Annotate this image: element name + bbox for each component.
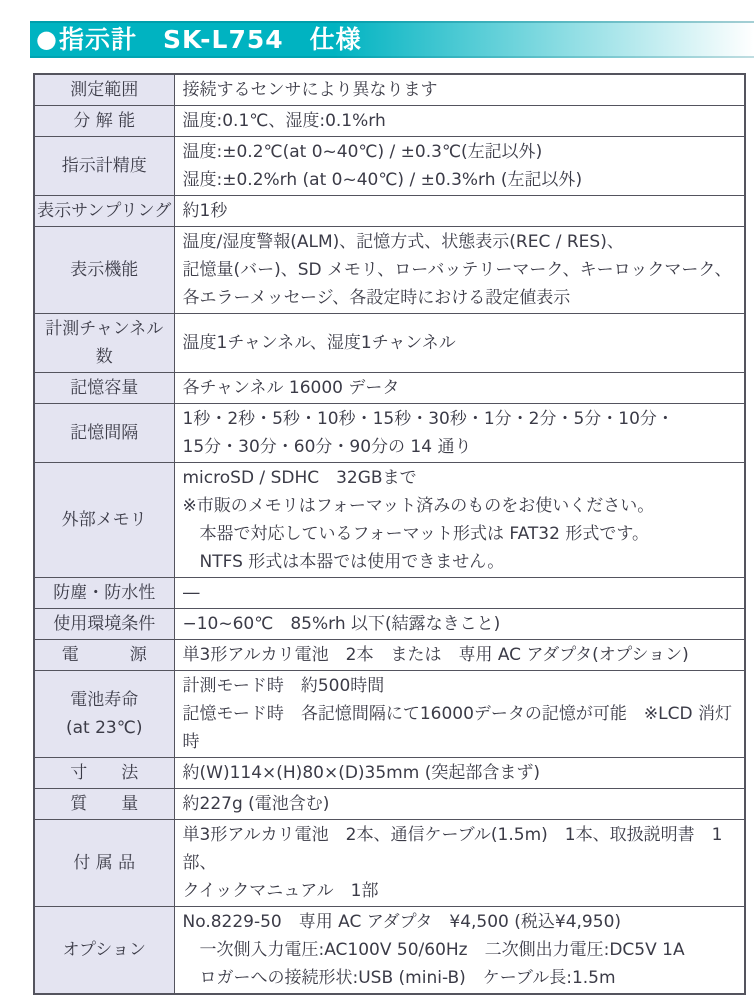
spec-value: 計測モード時 約500時間記憶モード時 各記憶間隔にて16000データの記憶が可… bbox=[174, 671, 745, 758]
spec-label-line: 防塵・防水性 bbox=[37, 579, 172, 607]
spec-value-line: −10~60℃ 85%rh 以下(結露なきこと) bbox=[183, 610, 737, 638]
spec-label-line: 計測チャンネル数 bbox=[37, 315, 172, 371]
spec-label: 使用環境条件 bbox=[34, 609, 174, 640]
spec-value-line: 各チャンネル 16000 データ bbox=[183, 374, 737, 402]
spec-value: 温度1チャンネル、湿度1チャンネル bbox=[174, 314, 745, 373]
spec-value: No.8229-50 専用 AC アダプタ ¥4,500 (税込¥4,950) … bbox=[174, 907, 745, 995]
spec-value: 温度:0.1℃、湿度:0.1%rh bbox=[174, 106, 745, 137]
spec-value: 単3形アルカリ電池 2本 または 専用 AC アダプタ(オプション) bbox=[174, 640, 745, 671]
table-row: 計測チャンネル数 温度1チャンネル、湿度1チャンネル bbox=[34, 314, 745, 373]
spec-label: 電池寿命(at 23℃) bbox=[34, 671, 174, 758]
spec-label: 表示サンプリング bbox=[34, 196, 174, 227]
spec-label: 電 源 bbox=[34, 640, 174, 671]
table-row: 電池寿命(at 23℃) 計測モード時 約500時間記憶モード時 各記憶間隔にて… bbox=[34, 671, 745, 758]
spec-value-line: 温度/湿度警報(ALM)、記憶方式、状態表示(REC / RES)、 bbox=[183, 228, 737, 256]
page-title: ● 指示計 SK-L754 仕様 bbox=[30, 21, 754, 58]
table-row: オプション No.8229-50 専用 AC アダプタ ¥4,500 (税込¥4… bbox=[34, 907, 745, 995]
spec-label-line: (at 23℃) bbox=[37, 714, 172, 742]
spec-table-body: 測定範囲 接続するセンサにより異なります 分 解 能 温度:0.1℃、湿度:0.… bbox=[34, 74, 745, 994]
spec-value-line: 温度:±0.2℃(at 0~40℃) / ±0.3℃(左記以外) bbox=[183, 138, 737, 166]
table-row: 外部メモリ microSD / SDHC 32GBまで※市販のメモリはフォーマッ… bbox=[34, 463, 745, 578]
table-row: 表示機能 温度/湿度警報(ALM)、記憶方式、状態表示(REC / RES)、記… bbox=[34, 227, 745, 314]
spec-value: −10~60℃ 85%rh 以下(結露なきこと) bbox=[174, 609, 745, 640]
spec-value-line: 記憶モード時 各記憶間隔にて16000データの記憶が可能 ※LCD 消灯時 bbox=[183, 700, 737, 756]
spec-label-line: 指示計精度 bbox=[37, 152, 172, 180]
table-row: 防塵・防水性 ― bbox=[34, 578, 745, 609]
spec-value: 接続するセンサにより異なります bbox=[174, 74, 745, 106]
spec-value-line: ロガーへの接続形状:USB (mini-B) ケーブル長:1.5m bbox=[183, 964, 737, 992]
table-row: 指示計精度 温度:±0.2℃(at 0~40℃) / ±0.3℃(左記以外)湿度… bbox=[34, 137, 745, 196]
spec-value: 約(W)114×(H)80×(D)35mm (突起部含まず) bbox=[174, 758, 745, 789]
spec-value-line: 1秒・2秒・5秒・10秒・15秒・30秒・1分・2分・5分・10分・ bbox=[183, 405, 737, 433]
spec-value-line: 本器で対応しているフォーマット形式は FAT32 形式です。 bbox=[183, 520, 737, 548]
spec-value: 温度:±0.2℃(at 0~40℃) / ±0.3℃(左記以外)湿度:±0.2%… bbox=[174, 137, 745, 196]
spec-value-line: 単3形アルカリ電池 2本 または 専用 AC アダプタ(オプション) bbox=[183, 641, 737, 669]
spec-table: 測定範囲 接続するセンサにより異なります 分 解 能 温度:0.1℃、湿度:0.… bbox=[33, 73, 746, 995]
table-row: 記憶間隔 1秒・2秒・5秒・10秒・15秒・30秒・1分・2分・5分・10分・1… bbox=[34, 404, 745, 463]
spec-value-line: NTFS 形式は本器では使用できません。 bbox=[183, 548, 737, 576]
spec-label: 記憶容量 bbox=[34, 373, 174, 404]
table-row: 表示サンプリング 約1秒 bbox=[34, 196, 745, 227]
spec-value-line: 接続するセンサにより異なります bbox=[183, 76, 737, 104]
spec-value-line: 温度:0.1℃、湿度:0.1%rh bbox=[183, 107, 737, 135]
spec-label: 測定範囲 bbox=[34, 74, 174, 106]
spec-label: 記憶間隔 bbox=[34, 404, 174, 463]
spec-label: 指示計精度 bbox=[34, 137, 174, 196]
table-row: 測定範囲 接続するセンサにより異なります bbox=[34, 74, 745, 106]
spec-label-line: 付 属 品 bbox=[37, 849, 172, 877]
spec-label-line: 記憶間隔 bbox=[37, 419, 172, 447]
spec-label-line: 外部メモリ bbox=[37, 506, 172, 534]
spec-label-line: 使用環境条件 bbox=[37, 610, 172, 638]
table-row: 使用環境条件 −10~60℃ 85%rh 以下(結露なきこと) bbox=[34, 609, 745, 640]
spec-label: 付 属 品 bbox=[34, 820, 174, 907]
spec-label-line: 表示サンプリング bbox=[37, 197, 172, 225]
spec-label-line: オプション bbox=[37, 936, 172, 964]
spec-value: 各チャンネル 16000 データ bbox=[174, 373, 745, 404]
spec-value-line: 約(W)114×(H)80×(D)35mm (突起部含まず) bbox=[183, 759, 737, 787]
spec-label: 計測チャンネル数 bbox=[34, 314, 174, 373]
spec-label-line: 質 量 bbox=[37, 790, 172, 818]
spec-label: 表示機能 bbox=[34, 227, 174, 314]
table-row: 電 源 単3形アルカリ電池 2本 または 専用 AC アダプタ(オプション) bbox=[34, 640, 745, 671]
spec-label: 外部メモリ bbox=[34, 463, 174, 578]
spec-value-line: 記憶量(バー)、SD メモリ、ローバッテリーマーク、キーロックマーク、 bbox=[183, 256, 737, 284]
spec-value: ― bbox=[174, 578, 745, 609]
spec-value-line: 湿度:±0.2%rh (at 0~40℃) / ±0.3%rh (左記以外) bbox=[183, 166, 737, 194]
table-row: 質 量 約227g (電池含む) bbox=[34, 789, 745, 820]
spec-value-line: ※市販のメモリはフォーマット済みのものをお使いください。 bbox=[183, 492, 737, 520]
title-bullet-icon: ● bbox=[36, 23, 57, 56]
spec-value: 約1秒 bbox=[174, 196, 745, 227]
spec-label-line: 表示機能 bbox=[37, 256, 172, 284]
spec-value-line: No.8229-50 専用 AC アダプタ ¥4,500 (税込¥4,950) bbox=[183, 908, 737, 936]
spec-value-line: 15分・30分・60分・90分の 14 通り bbox=[183, 433, 737, 461]
spec-value-line: 計測モード時 約500時間 bbox=[183, 672, 737, 700]
spec-value: 1秒・2秒・5秒・10秒・15秒・30秒・1分・2分・5分・10分・15分・30… bbox=[174, 404, 745, 463]
spec-value-line: 約227g (電池含む) bbox=[183, 790, 737, 818]
spec-value: microSD / SDHC 32GBまで※市販のメモリはフォーマット済みのもの… bbox=[174, 463, 745, 578]
spec-label-line: 分 解 能 bbox=[37, 107, 172, 135]
spec-value-line: 約1秒 bbox=[183, 197, 737, 225]
spec-label-line: 記憶容量 bbox=[37, 374, 172, 402]
page-title-text: 指示計 SK-L754 仕様 bbox=[59, 23, 362, 56]
spec-label: 防塵・防水性 bbox=[34, 578, 174, 609]
spec-value-line: クイックマニュアル 1部 bbox=[183, 877, 737, 905]
table-row: 記憶容量 各チャンネル 16000 データ bbox=[34, 373, 745, 404]
spec-label-line: 電池寿命 bbox=[37, 686, 172, 714]
spec-label: 質 量 bbox=[34, 789, 174, 820]
table-row: 寸 法 約(W)114×(H)80×(D)35mm (突起部含まず) bbox=[34, 758, 745, 789]
spec-label-line: 電 源 bbox=[37, 641, 172, 669]
spec-value-line: ― bbox=[183, 579, 737, 607]
spec-value-line: 各エラーメッセージ、各設定時における設定値表示 bbox=[183, 284, 737, 312]
spec-value: 温度/湿度警報(ALM)、記憶方式、状態表示(REC / RES)、記憶量(バー… bbox=[174, 227, 745, 314]
spec-value-line: 一次側入力電圧:AC100V 50/60Hz 二次側出力電圧:DC5V 1A bbox=[183, 936, 737, 964]
spec-value-line: microSD / SDHC 32GBまで bbox=[183, 464, 737, 492]
spec-label: オプション bbox=[34, 907, 174, 995]
spec-value-line: 温度1チャンネル、湿度1チャンネル bbox=[183, 329, 737, 357]
spec-value: 単3形アルカリ電池 2本、通信ケーブル(1.5m) 1本、取扱説明書 1部、クイ… bbox=[174, 820, 745, 907]
spec-label: 分 解 能 bbox=[34, 106, 174, 137]
table-row: 付 属 品 単3形アルカリ電池 2本、通信ケーブル(1.5m) 1本、取扱説明書… bbox=[34, 820, 745, 907]
spec-label-line: 測定範囲 bbox=[37, 76, 172, 104]
spec-value: 約227g (電池含む) bbox=[174, 789, 745, 820]
spec-value-line: 単3形アルカリ電池 2本、通信ケーブル(1.5m) 1本、取扱説明書 1部、 bbox=[183, 821, 737, 877]
spec-label-line: 寸 法 bbox=[37, 759, 172, 787]
spec-label: 寸 法 bbox=[34, 758, 174, 789]
table-row: 分 解 能 温度:0.1℃、湿度:0.1%rh bbox=[34, 106, 745, 137]
